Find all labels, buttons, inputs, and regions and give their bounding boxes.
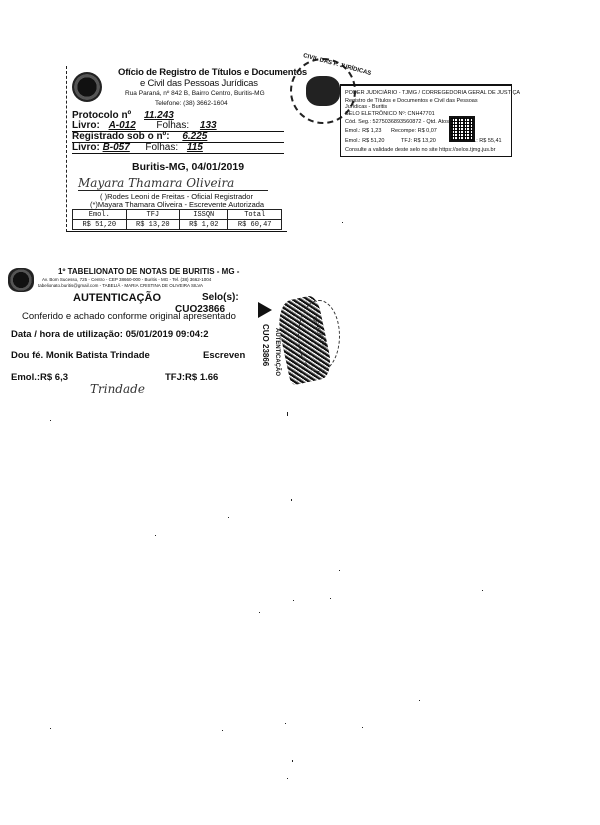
tabelionato-logo-icon xyxy=(8,268,34,292)
authentication-stamp: CUO 23866 AUTENTICAÇÃO DE BURITIS xyxy=(258,296,328,391)
folhas2-value: 115 xyxy=(181,142,203,153)
auth-tfj: TFJ:R$ 1.66 xyxy=(165,372,218,383)
tabelionato-address1: Av. Bom Sucesso, 725 - Centro - CEP 3866… xyxy=(42,277,211,282)
fees-header-issqn: ISSQN xyxy=(180,210,228,220)
data-hora-label: Data / hora de utilização: xyxy=(11,329,123,340)
fees-value-total: R$ 60,47 xyxy=(228,220,282,230)
selo-emol: Emol.: R$ 51,20 xyxy=(345,138,384,144)
scan-speck xyxy=(287,778,288,779)
selo-line6a: Emol.: R$ 1,23 xyxy=(345,128,381,134)
tabelionato-title: 1º TABELIONATO DE NOTAS DE BURITIS - MG … xyxy=(58,267,239,276)
scan-speck xyxy=(339,570,340,571)
office-title-line2: e Civil das Pessoas Jurídicas xyxy=(140,78,258,89)
stamp-code: CUO 23866 xyxy=(261,324,270,366)
office-phone: Telefone: (38) 3662-1604 xyxy=(155,100,228,107)
registrado-value: 6.225 xyxy=(172,131,207,142)
scan-speck xyxy=(50,420,51,421)
scan-speck xyxy=(291,499,292,501)
office-title-line1: Ofício de Registro de Títulos e Document… xyxy=(118,67,307,78)
scan-speck xyxy=(293,600,294,601)
scan-speck xyxy=(330,598,331,599)
stamp-arrow-icon xyxy=(258,302,272,318)
selo-line1: PODER JUDICIÁRIO - TJMG / CORREGEDORIA G… xyxy=(345,90,520,96)
registrado-label: Registrado sob o nº: xyxy=(72,131,170,142)
auth-emol: Emol.:R$ 6,3 xyxy=(11,372,68,383)
data-hora-row: Data / hora de utilização: 05/01/2019 09… xyxy=(11,329,209,340)
scan-speck xyxy=(287,412,288,416)
registrar-signature: Mayara Thamara Oliveira xyxy=(78,176,268,191)
fees-header-total: Total xyxy=(228,210,282,220)
scan-speck xyxy=(228,517,229,518)
fees-header-row: Emol. TFJ ISSQN Total xyxy=(73,210,282,220)
selos-label: Selo(s): xyxy=(202,292,239,303)
notary-signature: Trindade xyxy=(90,382,145,396)
fees-value-issqn: R$ 1,02 xyxy=(180,220,228,230)
coat-of-arms-icon xyxy=(72,72,102,102)
folhas2-label: Folhas: xyxy=(145,142,178,153)
scan-speck xyxy=(285,723,286,724)
stamp-label: AUTENTICAÇÃO xyxy=(274,328,280,376)
fees-header-emol: Emol. xyxy=(73,210,127,220)
office-address: Rua Paraná, nº 842 B, Bairro Centro, Bur… xyxy=(125,90,265,97)
selo-consulta: Consulte a validade deste selo no site h… xyxy=(345,147,495,153)
livro2-value: B-057 xyxy=(103,142,143,153)
fees-value-row: R$ 51,20 R$ 13,20 R$ 1,02 R$ 60,47 xyxy=(73,220,282,230)
selo-line5: Cód. Seg.: 5275036893560872 - Qtd. Atos:… xyxy=(345,119,455,125)
folhas1-label: Folhas: xyxy=(156,120,189,131)
folhas1-value: 133 xyxy=(192,120,217,131)
scan-speck xyxy=(362,727,363,728)
round-seal-text: CIVIL DAS P. JURÍDICAS xyxy=(302,53,371,77)
scan-speck xyxy=(419,700,420,701)
data-hora-value: 05/01/2019 09:04:2 xyxy=(126,329,209,340)
selo-line3: Jurídicas - Buritis xyxy=(345,104,387,110)
livro1-value: A-012 xyxy=(103,120,154,131)
fees-value-tfj: R$ 13,20 xyxy=(126,220,180,230)
conferido-text: Conferido e achado conforme original apr… xyxy=(22,311,236,322)
scan-speck xyxy=(50,728,51,729)
scan-speck xyxy=(482,590,483,591)
dou-fe: Dou fé. Monik Batista Trindade xyxy=(11,350,150,361)
fees-value-emol: R$ 51,20 xyxy=(73,220,127,230)
scan-speck xyxy=(155,535,156,536)
fees-table: Emol. TFJ ISSQN Total R$ 51,20 R$ 13,20 … xyxy=(72,209,282,230)
escrevente-label: Escreven xyxy=(203,350,245,361)
selo-line6b: Recompe: R$ 0,07 xyxy=(391,128,437,134)
scan-speck xyxy=(259,612,260,613)
scan-speck xyxy=(222,730,223,731)
electronic-seal-box: PODER JUDICIÁRIO - TJMG / CORREGEDORIA G… xyxy=(340,84,512,157)
auth-title: AUTENTICAÇÃO xyxy=(73,292,161,304)
scan-speck xyxy=(342,222,343,223)
qr-code-icon xyxy=(449,116,475,142)
selo-line4: SELO ELETRÔNICO Nº: CNH47701 xyxy=(345,111,435,117)
seal-emblem-icon xyxy=(306,76,340,106)
livro2-row: Livro: B-057 Folhas: 115 xyxy=(72,142,284,154)
livro2-label: Livro: xyxy=(72,142,100,153)
tabelionato-address2: tabelionato.buritis@gmail.com - TABELIÃ … xyxy=(38,283,203,288)
selo-tfj: TFJ: R$ 13,20 xyxy=(401,138,436,144)
fees-header-tfj: TFJ xyxy=(126,210,180,220)
city-date: Buritis-MG, 04/01/2019 xyxy=(132,161,244,173)
scan-speck xyxy=(292,760,293,762)
livro1-label: Livro: xyxy=(72,120,100,131)
